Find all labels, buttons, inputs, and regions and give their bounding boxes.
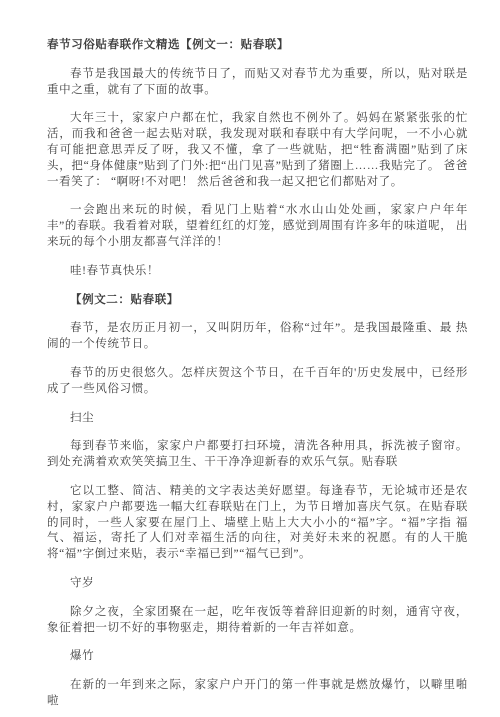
paragraph-cleaning: 每到春节来临，家家户户都要打扫环境，清洗各种用具，拆洗被子窗帘。 到处充满着欢欢… [47, 439, 468, 471]
section-heading-essay2: 【例文二：贴春联】 [47, 293, 468, 309]
document-page: 春节习俗贴春联作文精选【例文一：贴春联】 春节是我国最大的传统节日了，而贴又对春… [0, 0, 500, 717]
paragraph-baozhu: 在新的一年到来之际，家家户户开门的第一件事就是燃放爆竹，以噼里啪 啦 [47, 678, 468, 710]
paragraph-chunlian: 它以工整、简洁、精美的文字表达美好愿望。每逢春节，无论城市还是农 村，家家户户都… [47, 484, 468, 563]
paragraph-exclaim: 哇!春节真快乐！ [47, 264, 468, 280]
subheading-shousui: 守岁 [47, 576, 468, 592]
document-body: 春节习俗贴春联作文精选【例文一：贴春联】 春节是我国最大的传统节日了，而贴又对春… [47, 38, 468, 717]
paragraph-shousui: 除夕之夜，全家团聚在一起，吃年夜饭等着辞旧迎新的时刻，通宵守夜， 象征着把一切不… [47, 605, 468, 637]
paragraph-festival-def: 春节，是农历正月初一，又叫阴历年，俗称“过年”。是我国最隆重、最 热闹的一个传统… [47, 321, 468, 353]
subheading-saochen: 扫尘 [47, 411, 468, 427]
paragraph-history: 春节的历史很悠久。怎样庆贺这个节日，在千百年的'历史发展中，已经形 成了一些风俗… [47, 366, 468, 398]
subheading-baozhu: 爆竹 [47, 649, 468, 665]
paragraph-story: 大年三十，家家户户都在忙，我家自然也不例外了。妈妈在紧紧张张的忙 活，而我和爸爸… [47, 111, 468, 190]
paragraph-intro: 春节是我国最大的传统节日了，而贴又对春节尤为重要，所以，贴对联是 重中之重，就有… [47, 67, 468, 99]
document-title: 春节习俗贴春联作文精选【例文一：贴春联】 [47, 38, 468, 54]
paragraph-couplet: 一会跑出来玩的时候，看见门上贴着“水水山山处处画，家家户户年年 丰”的春联。我看… [47, 203, 468, 250]
